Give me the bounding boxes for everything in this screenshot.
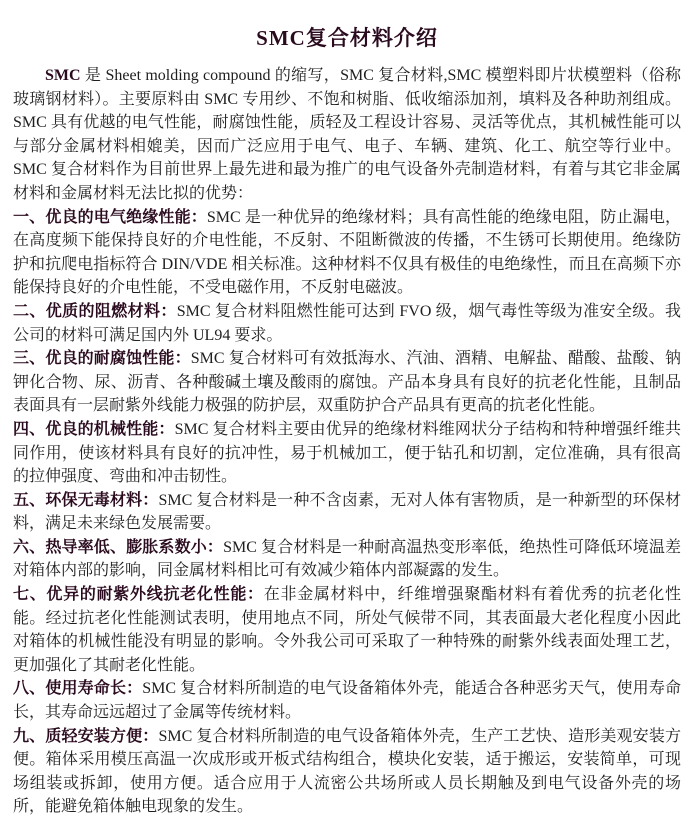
intro-lead-word: SMC	[45, 67, 81, 84]
section-heading-2: 二、优质的阻燃材料：	[13, 303, 177, 320]
intro-text: 是 Sheet molding compound 的缩写，SMC 复合材料,SM…	[13, 67, 693, 202]
section-heading-1: 一、优良的电气绝缘性能：	[13, 209, 207, 226]
intro-paragraph: SMC 是 Sheet molding compound 的缩写，SMC 复合材…	[13, 64, 681, 206]
section-paragraph-5: 五、环保无毒材料：SMC 复合材料是一种不含卤素，无对人体有害物质，是一种新型的…	[13, 489, 681, 536]
section-paragraph-8: 八、使用寿命长：SMC 复合材料所制造的电气设备箱体外壳，能适合各种恶劣天气，使…	[13, 677, 681, 724]
section-paragraph-7: 七、优异的耐紫外线抗老化性能：在非金属材料中，纤维增强聚酯材料有着优秀的抗老化性…	[13, 583, 681, 677]
section-heading-9: 九、质轻安装方便：	[13, 728, 158, 745]
section-paragraph-6: 六、热导率低、膨胀系数小：SMC 复合材料是一种耐高温热变形率低，绝热性可降低环…	[13, 536, 681, 583]
section-heading-4: 四、优良的机械性能：	[13, 421, 175, 438]
section-heading-6: 六、热导率低、膨胀系数小：	[13, 539, 223, 556]
section-heading-3: 三、优良的耐腐蚀性能：	[13, 350, 191, 367]
page-title: SMC复合材料介绍	[13, 22, 681, 52]
section-paragraph-4: 四、优良的机械性能：SMC 复合材料主要由优异的绝缘材料维网状分子结构和特种增强…	[13, 418, 681, 489]
section-paragraph-1: 一、优良的电气绝缘性能：SMC 是一种优异的绝缘材料；具有高性能的绝缘电阻，防止…	[13, 206, 681, 300]
section-heading-7: 七、优异的耐紫外线抗老化性能：	[13, 586, 264, 603]
section-heading-5: 五、环保无毒材料：	[13, 492, 158, 509]
section-paragraph-2: 二、优质的阻燃材料：SMC 复合材料阻燃性能可达到 FVO 级，烟气毒性等级为准…	[13, 300, 681, 347]
section-paragraph-9: 九、质轻安装方便：SMC 复合材料所制造的电气设备箱体外壳，生产工艺快、造形美观…	[13, 725, 681, 819]
section-paragraph-3: 三、优良的耐腐蚀性能：SMC 复合材料可有效抵海水、汽油、酒精、电解盐、醋酸、盐…	[13, 347, 681, 418]
document-page: SMC复合材料介绍 SMC 是 Sheet molding compound 的…	[0, 0, 694, 838]
section-heading-8: 八、使用寿命长：	[13, 680, 142, 697]
